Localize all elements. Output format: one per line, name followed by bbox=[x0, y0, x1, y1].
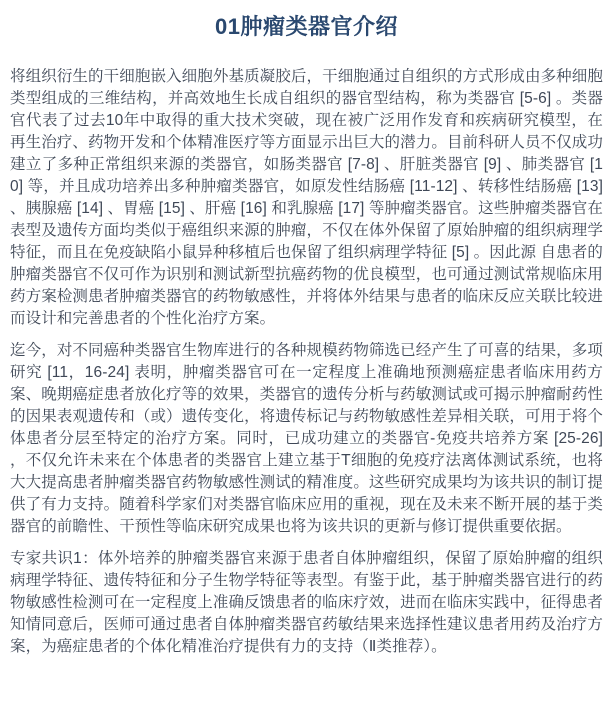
article: 01肿瘤类器官介绍 将组织衍生的干细胞嵌入细胞外基质凝胶后，干细胞通过自组织的方… bbox=[0, 0, 613, 658]
paragraph-drug-screening: 迄今，对不同癌种类器官生物库进行的各种规模药物筛选已经产生了可喜的结果，多项研究… bbox=[10, 340, 603, 538]
paragraph-organoid-intro: 将组织衍生的干细胞嵌入细胞外基质凝胶后，干细胞通过自组织的方式形成由多种细胞类型… bbox=[10, 66, 603, 330]
page-title: 01肿瘤类器官介绍 bbox=[10, 14, 603, 40]
paragraph-expert-consensus-1: 专家共识1：体外培养的肿瘤类器官来源于患者自体肿瘤组织，保留了原始肿瘤的组织病理… bbox=[10, 548, 603, 658]
article-body: 将组织衍生的干细胞嵌入细胞外基质凝胶后，干细胞通过自组织的方式形成由多种细胞类型… bbox=[10, 66, 603, 658]
